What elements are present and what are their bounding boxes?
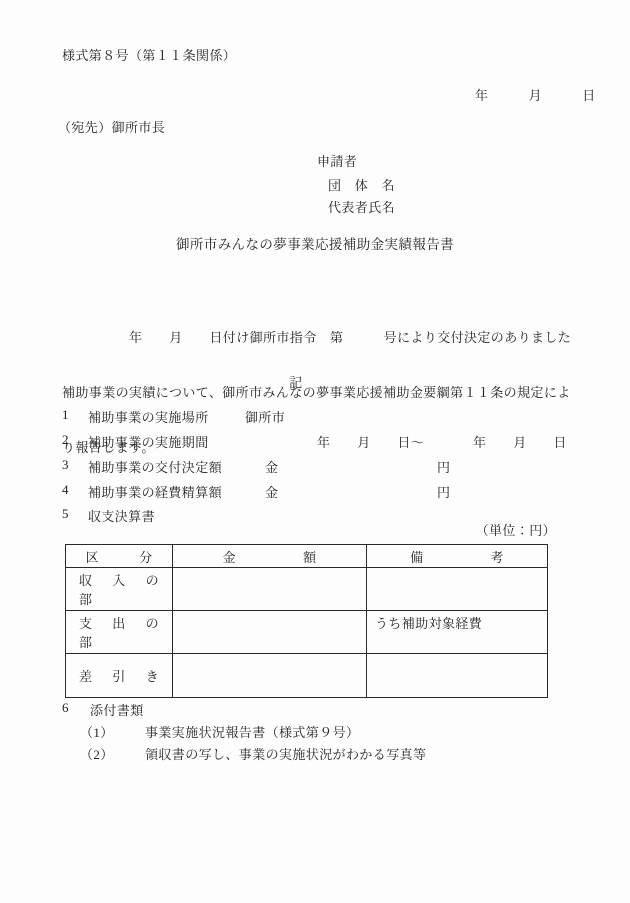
applicant-label: 申請者 bbox=[317, 151, 357, 170]
addressee: （宛先）御所市長 bbox=[58, 117, 165, 136]
attachment-item-2: （2） 領収書の写し、事業の実施状況がわかる写真等 bbox=[0, 744, 630, 766]
row-label: 差 引 き bbox=[66, 654, 173, 698]
document-page: 様式第８号（第１１条関係） 年 月 日 （宛先）御所市長 申請者 団 体 名 代… bbox=[0, 0, 630, 903]
document-title: 御所市みんなの夢事業応援補助金実績報告書 bbox=[0, 233, 630, 253]
item-label: 補助事業の実施場所 bbox=[88, 407, 209, 426]
date-line: 年 月 日 bbox=[475, 85, 596, 104]
unit-note: （単位：円） bbox=[0, 520, 556, 539]
form-number: 様式第８号（第１１条関係） bbox=[62, 45, 236, 64]
table-row-expense: 支 出 の 部 うち補助対象経費 bbox=[66, 611, 548, 654]
list-item-attachments: 6 添付書類 bbox=[0, 700, 630, 722]
amount-prefix: 金 bbox=[265, 482, 278, 501]
table-header-row: 区 分 金 額 備 考 bbox=[66, 545, 548, 568]
item-value: 御所市 bbox=[245, 407, 285, 426]
sub-item-number: （1） bbox=[80, 722, 114, 741]
item-number: 6 bbox=[62, 700, 69, 716]
balance-table: 区 分 金 額 備 考 収 入 の 部 支 出 の 部 うち補助対象経費 差 引… bbox=[65, 544, 548, 698]
period-end-placeholder: 年 月 日 bbox=[473, 432, 567, 451]
item-label: 補助事業の経費精算額 bbox=[88, 482, 222, 501]
amount-suffix: 円 bbox=[437, 482, 450, 501]
sub-item-text: 領収書の写し、事業の実施状況がわかる写真等 bbox=[145, 744, 426, 763]
item-number: 2 bbox=[62, 432, 69, 448]
item-label: 補助事業の実施期間 bbox=[88, 432, 209, 451]
body-line-1: 年 月 日付け御所市指令 第 号により交付決定のありました bbox=[62, 326, 582, 349]
header-category: 区 分 bbox=[66, 545, 173, 568]
list-item-period: 2 補助事業の実施期間 年 月 日～ 年 月 日 bbox=[0, 432, 630, 454]
list-item-place: 1 補助事業の実施場所 御所市 bbox=[0, 407, 630, 429]
period-start-placeholder: 年 月 日～ bbox=[317, 432, 424, 451]
item-number: 4 bbox=[62, 482, 69, 498]
item-label: 補助事業の交付決定額 bbox=[88, 457, 222, 476]
ki-heading: 記 bbox=[0, 372, 592, 391]
table-row-income: 収 入 の 部 bbox=[66, 568, 548, 611]
item-number: 1 bbox=[62, 407, 69, 423]
org-name-label: 団 体 名 bbox=[328, 175, 395, 194]
attachment-item-1: （1） 事業実施状況報告書（様式第９号） bbox=[0, 722, 630, 744]
row-amount bbox=[173, 568, 367, 611]
row-label: 支 出 の 部 bbox=[66, 611, 173, 654]
row-note bbox=[367, 568, 548, 611]
representative-name-label: 代表者氏名 bbox=[328, 197, 395, 216]
header-remarks: 備 考 bbox=[367, 545, 548, 568]
item-number: 3 bbox=[62, 457, 69, 473]
row-amount bbox=[173, 611, 367, 654]
row-note: うち補助対象経費 bbox=[367, 611, 548, 654]
list-item-settled-amount: 4 補助事業の経費精算額 金 円 bbox=[0, 482, 630, 504]
header-amount: 金 額 bbox=[173, 545, 367, 568]
row-amount bbox=[173, 654, 367, 698]
sub-item-text: 事業実施状況報告書（様式第９号） bbox=[145, 722, 359, 741]
amount-suffix: 円 bbox=[437, 457, 450, 476]
sub-item-number: （2） bbox=[80, 744, 114, 763]
amount-prefix: 金 bbox=[265, 457, 278, 476]
table-row-balance: 差 引 き bbox=[66, 654, 548, 698]
row-label: 収 入 の 部 bbox=[66, 568, 173, 611]
row-note bbox=[367, 654, 548, 698]
list-item-grant-amount: 3 補助事業の交付決定額 金 円 bbox=[0, 457, 630, 479]
item-label: 添付書類 bbox=[90, 700, 144, 719]
